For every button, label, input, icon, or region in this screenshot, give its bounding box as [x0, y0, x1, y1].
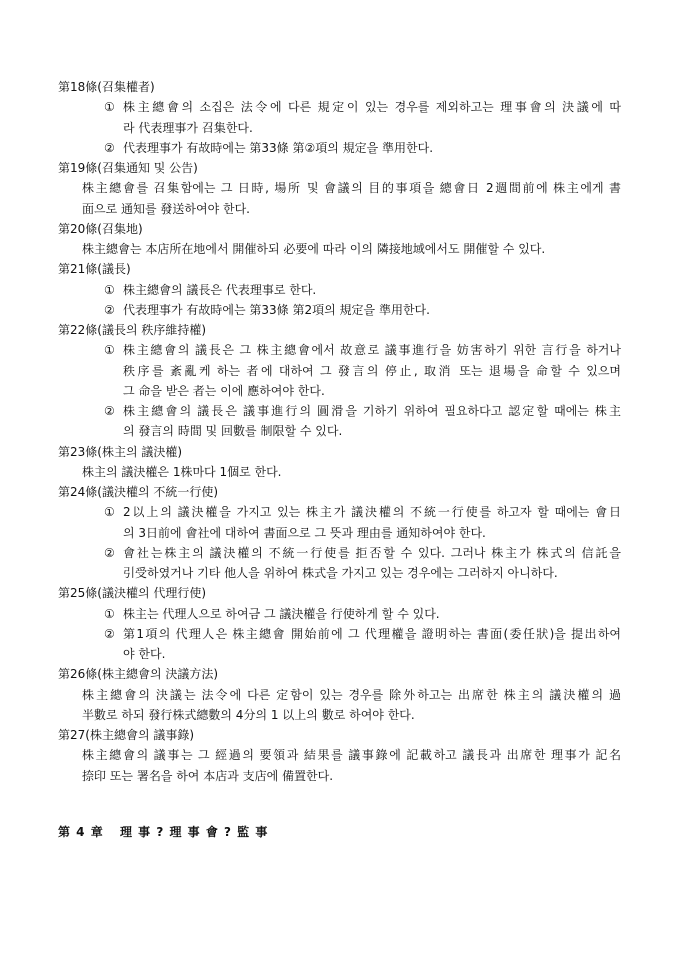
article-heading-text: 第23條(株主의 議決權): [58, 442, 182, 462]
paragraph-text: 株主總會의 決議는 法令에 다른 定함이 있는 경우를 除外하고는 出席한 株主…: [82, 685, 621, 705]
item-marker: ②: [104, 401, 115, 421]
item-marker: ②: [104, 300, 115, 320]
item-text: 第1項의 代理人은 株主總會 開始前에 그 代理權을 證明하는 書面(委任狀)을…: [123, 624, 621, 644]
numbered-item: ①株主는 代理人으로 하여금 그 議決權을 行使하게 할 수 있다.: [0, 604, 680, 624]
article-heading-text: 第20條(召集地): [58, 219, 143, 239]
item-text: 代表理事가 有故時에는 第33條 第②項의 規定을 準用한다.: [123, 138, 621, 158]
article-heading-text: 第26條(株主總會의 決議方法): [58, 664, 218, 684]
item-marker: ①: [104, 502, 115, 522]
paragraph-line: 株主總會의 議事는 그 經過의 要領과 結果를 議事錄에 記載하고 議長과 出席…: [0, 745, 680, 765]
item-marker: ①: [104, 280, 115, 300]
item-text: 株主는 代理人으로 하여금 그 議決權을 行使하게 할 수 있다.: [123, 604, 621, 624]
paragraph-line: 株主總會는 本店所在地에서 開催하되 必要에 따라 이의 隣接地域에서도 開催할…: [0, 239, 680, 259]
article-heading: 第22條(議長의 秩序維持權): [0, 320, 680, 340]
article-heading-text: 第19條(召集通知 및 公告): [58, 158, 198, 178]
item-marker: ①: [104, 340, 115, 360]
numbered-item: ②會社는株主의 議決權의 不統一行使를 拒否할 수 있다. 그러나 株主가 株式…: [0, 543, 680, 563]
item-marker: ①: [104, 604, 115, 624]
chapter-number: 第 4 章: [58, 822, 104, 842]
item-text: 그 命을 받은 者는 이에 應하여야 한다.: [123, 381, 621, 401]
paragraph-line: 株主總會를 召集함에는 그 日時, 場所 및 會議의 目的事項을 總會日 2週間…: [0, 178, 680, 198]
item-continuation: 그 命을 받은 者는 이에 應하여야 한다.: [0, 381, 680, 401]
numbered-item: ①株主總會의 소집은 法令에 다른 規定이 있는 경우를 제외하고는 理事會의 …: [0, 97, 680, 117]
numbered-item: ②株主總會의 議長은 議事進行의 圓滑을 기하기 위하여 필요하다고 認定할 때…: [0, 401, 680, 421]
article-heading-text: 第25條(議決權의 代理行使): [58, 583, 206, 603]
paragraph-text: 株主總會는 本店所在地에서 開催하되 必要에 따라 이의 隣接地域에서도 開催할…: [82, 239, 621, 259]
article-heading: 第24條(議決權의 不統一行使): [0, 482, 680, 502]
item-continuation: 引受하였거나 기타 他人을 위하여 株式을 가지고 있는 경우에는 그러하지 아…: [0, 563, 680, 583]
article-heading-text: 第21條(議長): [58, 259, 131, 279]
item-text: 2以上의 議決權을 가지고 있는 株主가 議決權의 不統一行使를 하고자 할 때…: [123, 502, 621, 522]
article-heading: 第20條(召集地): [0, 219, 680, 239]
paragraph-text: 株主總會의 議事는 그 經過의 要領과 結果를 議事錄에 記載하고 議長과 出席…: [82, 745, 621, 765]
item-text: 株主總會의 議長은 議事進行의 圓滑을 기하기 위하여 필요하다고 認定할 때에…: [123, 401, 621, 421]
paragraph-line: 株主總會의 決議는 法令에 다른 定함이 있는 경우를 除外하고는 出席한 株主…: [0, 685, 680, 705]
item-text: 秩序를 紊亂케 하는 者에 대하여 그 發言의 停止, 取消 또는 退場을 命할…: [123, 361, 621, 381]
paragraph-text: 捺印 또는 署名을 하여 本店과 支店에 備置한다.: [82, 766, 621, 786]
item-marker: ②: [104, 543, 115, 563]
item-text: 株主總會의 소집은 法令에 다른 規定이 있는 경우를 제외하고는 理事會의 決…: [123, 97, 621, 117]
item-marker: ②: [104, 624, 115, 644]
article-heading-text: 第24條(議決權의 不統一行使): [58, 482, 218, 502]
item-marker: ②: [104, 138, 115, 158]
paragraph-line: 株主의 議決權은 1株마다 1個로 한다.: [0, 462, 680, 482]
chapter-title: 理 事 ? 理 事 會 ? 監 事: [120, 822, 268, 842]
item-text: 야 한다.: [123, 644, 621, 664]
paragraph-line: 半數로 하되 發行株式總數의 4分의 1 以上의 數로 하여야 한다.: [0, 705, 680, 725]
article-heading: 第18條(召集權者): [0, 77, 680, 97]
item-text: 代表理事가 有故時에는 第33條 第2項의 規定을 準用한다.: [123, 300, 621, 320]
paragraph-line: 面으로 通知를 發送하여야 한다.: [0, 199, 680, 219]
item-text: 의 發言의 時間 및 回數를 制限할 수 있다.: [123, 421, 621, 441]
article-heading: 第25條(議決權의 代理行使): [0, 583, 680, 603]
article-heading: 第27(株主總會의 議事錄): [0, 725, 680, 745]
paragraph-text: 株主의 議決權은 1株마다 1個로 한다.: [82, 462, 621, 482]
item-text: 의 3日前에 會社에 대하여 書面으로 그 뜻과 理由를 通知하여야 한다.: [123, 523, 621, 543]
item-continuation: 의 發言의 時間 및 回數를 制限할 수 있다.: [0, 421, 680, 441]
item-marker: ①: [104, 97, 115, 117]
paragraph-text: 株主總會를 召集함에는 그 日時, 場所 및 會議의 目的事項을 總會日 2週間…: [82, 178, 621, 198]
item-text: 株主總會의 議長은 代表理事로 한다.: [123, 280, 621, 300]
numbered-item: ①2以上의 議決權을 가지고 있는 株主가 議決權의 不統一行使를 하고자 할 …: [0, 502, 680, 522]
numbered-item: ①株主總會의 議長은 그 株主總會에서 故意로 議事進行을 妨害하기 위한 言行…: [0, 340, 680, 360]
item-text: 株主總會의 議長은 그 株主總會에서 故意로 議事進行을 妨害하기 위한 言行을…: [123, 340, 621, 360]
paragraph-text: 面으로 通知를 發送하여야 한다.: [82, 199, 621, 219]
article-heading-text: 第27(株主總會의 議事錄): [58, 725, 194, 745]
item-continuation: 秩序를 紊亂케 하는 者에 대하여 그 發言의 停止, 取消 또는 退場을 命할…: [0, 361, 680, 381]
article-heading: 第21條(議長): [0, 259, 680, 279]
numbered-item: ①株主總會의 議長은 代表理事로 한다.: [0, 280, 680, 300]
item-continuation: 야 한다.: [0, 644, 680, 664]
paragraph-text: 半數로 하되 發行株式總數의 4分의 1 以上의 數로 하여야 한다.: [82, 705, 621, 725]
item-text: 引受하였거나 기타 他人을 위하여 株式을 가지고 있는 경우에는 그러하지 아…: [123, 563, 621, 583]
item-text: 라 代表理事가 召集한다.: [123, 118, 621, 138]
article-heading: 第26條(株主總會의 決議方法): [0, 664, 680, 684]
chapter-heading: 第 4 章 理 事 ? 理 事 會 ? 監 事: [0, 822, 680, 842]
numbered-item: ②第1項의 代理人은 株主總會 開始前에 그 代理權을 證明하는 書面(委任狀)…: [0, 624, 680, 644]
article-heading: 第19條(召集通知 및 公告): [0, 158, 680, 178]
article-heading-text: 第22條(議長의 秩序維持權): [58, 320, 206, 340]
document-page: 第18條(召集權者) ①株主總會의 소집은 法令에 다른 規定이 있는 경우를 …: [0, 0, 680, 962]
paragraph-line: 捺印 또는 署名을 하여 本店과 支店에 備置한다.: [0, 766, 680, 786]
item-continuation: 의 3日前에 會社에 대하여 書面으로 그 뜻과 理由를 通知하여야 한다.: [0, 523, 680, 543]
item-text: 會社는株主의 議決權의 不統一行使를 拒否할 수 있다. 그러나 株主가 株式의…: [123, 543, 621, 563]
article-heading: 第23條(株主의 議決權): [0, 442, 680, 462]
articles-section: 第18條(召集權者) ①株主總會의 소집은 法令에 다른 規定이 있는 경우를 …: [0, 77, 680, 786]
article-heading-text: 第18條(召集權者): [58, 77, 155, 97]
numbered-item: ②代表理事가 有故時에는 第33條 第2項의 規定을 準用한다.: [0, 300, 680, 320]
numbered-item: ②代表理事가 有故時에는 第33條 第②項의 規定을 準用한다.: [0, 138, 680, 158]
item-continuation: 라 代表理事가 召集한다.: [0, 118, 680, 138]
